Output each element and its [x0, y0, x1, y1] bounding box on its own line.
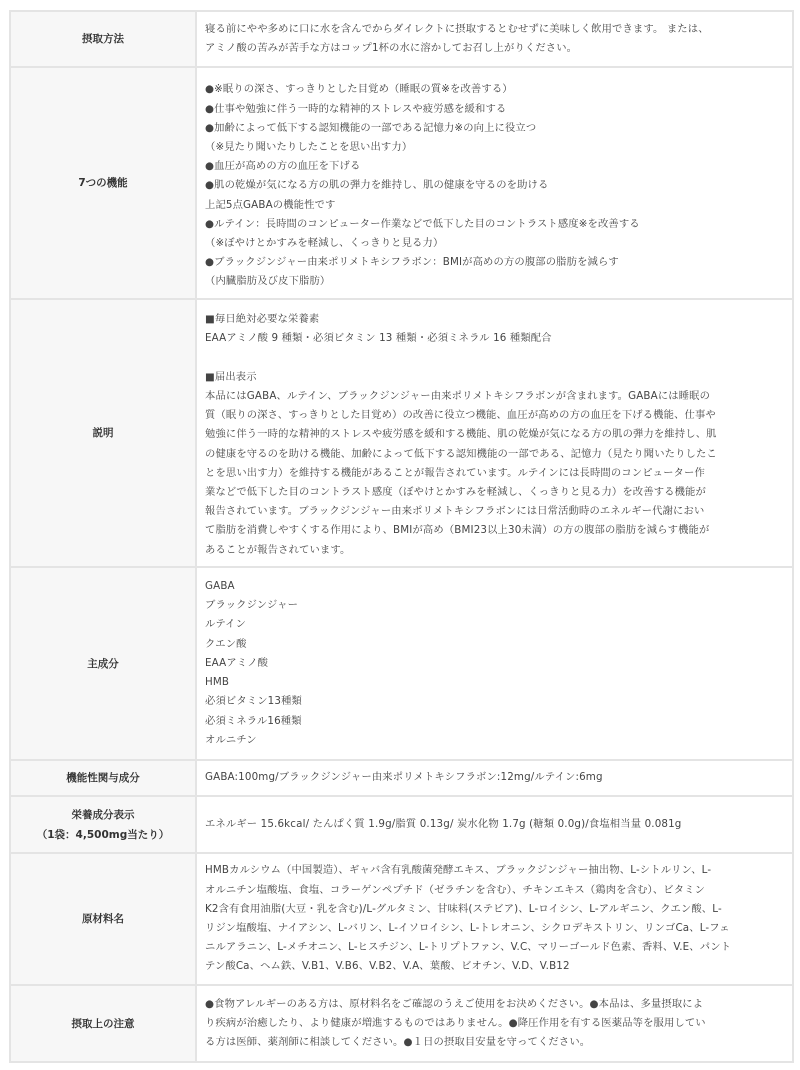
spec-label: 機能性関与成分: [10, 760, 196, 796]
ingredient-item: クエン酸: [205, 635, 778, 654]
text-line: GABA:100mg/ブラックジンジャー由来ポリメトキシフラボン:12mg/ルテ…: [205, 768, 778, 787]
spec-row-raw-materials: 原材料名 HMBカルシウム（中国製造）、ギャバ含有乳酸菌発酵エキス、ブラックジン…: [10, 853, 793, 985]
text-line: K2含有食用油脂(大豆・乳を含む)/L-グルタミン、甘味料(ステビア)、L-ロイ…: [205, 900, 778, 919]
spec-value: GABA ブラックジンジャー ルテイン クエン酸 EAAアミノ酸 HMB 必須ビ…: [196, 567, 793, 760]
spec-row-intake-method: 摂取方法 寝る前にやや多めに口に水を含んでからダイレクトに摂取するとむせずに美味…: [10, 11, 793, 67]
spec-value: HMBカルシウム（中国製造）、ギャバ含有乳酸菌発酵エキス、ブラックジンジャー抽出…: [196, 853, 793, 985]
text-line: ●血圧が高めの方の血圧を下げる: [205, 157, 778, 176]
product-spec-table: 摂取方法 寝る前にやや多めに口に水を含んでからダイレクトに摂取するとむせずに美味…: [9, 10, 794, 1063]
spec-label: 説明: [10, 299, 196, 567]
text-line: （※ぼやけとかすみを軽減し、くっきりと見る力）: [205, 234, 778, 253]
text-line: 勉強に伴う一時的な精神的ストレスや疲労感を緩和する機能、肌の乾燥が気になる方の肌…: [205, 425, 778, 444]
text-line: ニルアラニン、L-メチオニン、L-ヒスチジン、L-トリプトファン、V.C、マリー…: [205, 938, 778, 957]
spec-label: 栄養成分表示 （1袋：4,500mg当たり）: [10, 796, 196, 853]
text-line: とを思い出す力）を維持する機能があることが報告されています。ルテインには長時間の…: [205, 464, 778, 483]
text-line: EAAアミノ酸 9 種類・必須ビタミン 13 種類・必須ミネラル 16 種類配合: [205, 329, 778, 348]
spec-value: GABA:100mg/ブラックジンジャー由来ポリメトキシフラボン:12mg/ルテ…: [196, 760, 793, 796]
ingredient-item: EAAアミノ酸: [205, 654, 778, 673]
section-title-notification: ■届出表示: [205, 368, 778, 387]
spec-row-functional-ingredients: 機能性関与成分 GABA:100mg/ブラックジンジャー由来ポリメトキシフラボン…: [10, 760, 793, 796]
text-line: アミノ酸の苦みが苦手な方はコップ1杯の水に溶かしてお召し上がりください。: [205, 39, 778, 58]
spec-label: 摂取上の注意: [10, 985, 196, 1062]
ingredient-item: GABA: [205, 577, 778, 596]
spec-row-seven-functions: 7つの機能 ●※眠りの深さ、すっきりとした目覚め（睡眠の質※を改善する） ●仕事…: [10, 67, 793, 299]
text-line: ●肌の乾燥が気になる方の肌の弾力を維持し、肌の健康を守るのを助ける: [205, 176, 778, 195]
text-line: ●ルテイン：長時間のコンピューター作業などで低下した目のコントラスト感度※を改善…: [205, 215, 778, 234]
text-line: HMBカルシウム（中国製造）、ギャバ含有乳酸菌発酵エキス、ブラックジンジャー抽出…: [205, 861, 778, 880]
text-line: オルニチン塩酸塩、食塩、コラーゲンペプチド（ゼラチンを含む）、チキンエキス（鶏肉…: [205, 881, 778, 900]
ingredient-item: オルニチン: [205, 731, 778, 750]
text-line: ●仕事や勉強に伴う一時的な精神的ストレスや疲労感を緩和する: [205, 100, 778, 119]
spacer: [205, 349, 778, 368]
spec-value: ●※眠りの深さ、すっきりとした目覚め（睡眠の質※を改善する） ●仕事や勉強に伴う…: [196, 67, 793, 299]
text-line: ●※眠りの深さ、すっきりとした目覚め（睡眠の質※を改善する）: [205, 80, 778, 99]
text-line: リジン塩酸塩、ナイアシン、L-バリン、L-イソロイシン、L-トレオニン、シクロデ…: [205, 919, 778, 938]
spec-row-description: 説明 ■毎日絶対必要な栄養素 EAAアミノ酸 9 種類・必須ビタミン 13 種類…: [10, 299, 793, 567]
text-line: 業などで低下した目のコントラスト感度（ぼやけとかすみを軽減し、くっきりと見る力）…: [205, 483, 778, 502]
spec-row-precautions: 摂取上の注意 ●食物アレルギーのある方は、原材料名をご確認のうえご使用をお決めく…: [10, 985, 793, 1062]
spec-value: ●食物アレルギーのある方は、原材料名をご確認のうえご使用をお決めください。●本品…: [196, 985, 793, 1062]
text-line: 報告されています。ブラックジンジャー由来ポリメトキシフラボンには日常活動時のエネ…: [205, 502, 778, 521]
spec-label-sub: （1袋：4,500mg当たり）: [17, 825, 189, 845]
spec-label: 原材料名: [10, 853, 196, 985]
spec-label: 7つの機能: [10, 67, 196, 299]
text-line: 質（眠りの深さ、すっきりとした目覚め）の改善に役立つ機能、血圧が高めの方の血圧を…: [205, 406, 778, 425]
ingredient-item: 必須ビタミン13種類: [205, 692, 778, 711]
text-line: （※見たり聞いたりしたことを思い出す力）: [205, 138, 778, 157]
ingredient-item: ルテイン: [205, 615, 778, 634]
text-line: 本品にはGABA、ルテイン、ブラックジンジャー由来ポリメトキシフラボンが含まれま…: [205, 387, 778, 406]
text-line: テン酸Ca、ヘム鉄、V.B1、V.B6、V.B2、V.A、葉酸、ビオチン、V.D…: [205, 957, 778, 976]
spec-row-main-ingredients: 主成分 GABA ブラックジンジャー ルテイン クエン酸 EAAアミノ酸 HMB…: [10, 567, 793, 760]
text-line: て脂肪を消費しやすくする作用により、BMIが高め（BMI23以上30未満）の方の…: [205, 521, 778, 540]
ingredient-item: HMB: [205, 673, 778, 692]
ingredient-item: 必須ミネラル16種類: [205, 712, 778, 731]
text-line: （内臓脂肪及び皮下脂肪）: [205, 272, 778, 291]
spec-row-nutrition-facts: 栄養成分表示 （1袋：4,500mg当たり） エネルギー 15.6kcal/ た…: [10, 796, 793, 853]
text-line: あることが報告されています。: [205, 541, 778, 560]
spec-label: 摂取方法: [10, 11, 196, 67]
text-line: ●加齢によって低下する認知機能の一部である記憶力※の向上に役立つ: [205, 119, 778, 138]
spec-value: ■毎日絶対必要な栄養素 EAAアミノ酸 9 種類・必須ビタミン 13 種類・必須…: [196, 299, 793, 567]
ingredient-item: ブラックジンジャー: [205, 596, 778, 615]
spec-label-main: 栄養成分表示: [17, 805, 189, 825]
section-title-nutrients: ■毎日絶対必要な栄養素: [205, 310, 778, 329]
spec-label: 主成分: [10, 567, 196, 760]
text-line: 寝る前にやや多めに口に水を含んでからダイレクトに摂取するとむせずに美味しく飲用で…: [205, 20, 778, 39]
text-line: り疾病が治癒したり、より健康が増進するものではありません。●降圧作用を有する医薬…: [205, 1014, 778, 1033]
text-line: ●食物アレルギーのある方は、原材料名をご確認のうえご使用をお決めください。●本品…: [205, 995, 778, 1014]
spec-value: エネルギー 15.6kcal/ たんぱく質 1.9g/脂質 0.13g/ 炭水化…: [196, 796, 793, 853]
text-line: の健康を守るのを助ける機能、加齢によって低下する認知機能の一部である、記憶力（見…: [205, 445, 778, 464]
text-line: エネルギー 15.6kcal/ たんぱく質 1.9g/脂質 0.13g/ 炭水化…: [205, 815, 778, 834]
text-line: ●ブラックジンジャー由来ポリメトキシフラボン：BMIが高めの方の腹部の脂肪を減ら…: [205, 253, 778, 272]
spec-value: 寝る前にやや多めに口に水を含んでからダイレクトに摂取するとむせずに美味しく飲用で…: [196, 11, 793, 67]
text-line: る方は医師、薬剤師に相談してください。●１日の摂取目安量を守ってください。: [205, 1033, 778, 1052]
text-line: 上記5点GABAの機能性です: [205, 196, 778, 215]
